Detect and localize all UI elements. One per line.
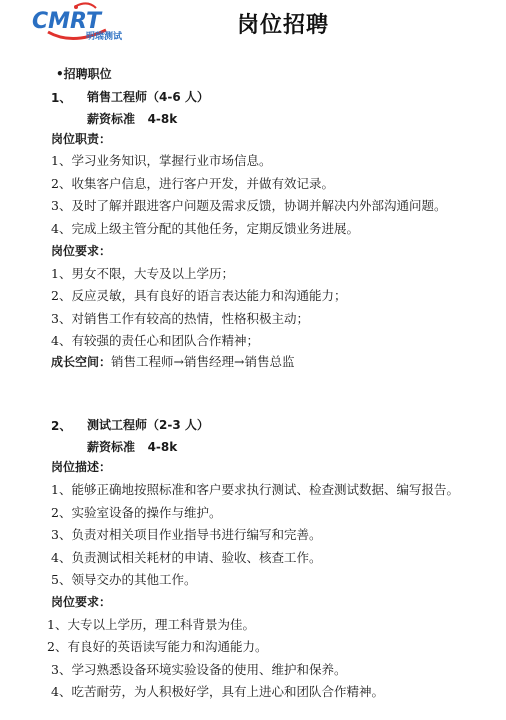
svg-text:CMRT: CMRT (32, 9, 103, 34)
position-2-duty-4: 4、负责测试相关耗材的申请、验收、核查工作。 (51, 550, 321, 566)
position-2-salary: 薪资标准 4-8k (87, 439, 177, 455)
position-1-req-1: 1、男女不限，大专及以上学历； (51, 266, 234, 282)
position-2-index: 2、 (51, 417, 71, 434)
position-1-salary: 薪资标准 4-8k (87, 111, 177, 127)
position-1-title: 销售工程师（4-6 人） (87, 89, 209, 105)
position-2-title: 测试工程师（2-3 人） (87, 417, 209, 433)
position-1-growth: 成长空间：销售工程师→销售经理→销售总监 (51, 354, 294, 370)
growth-path: 销售工程师→销售经理→销售总监 (111, 354, 294, 369)
position-2-req-1: 1、大专以上学历，理工科背景为佳。 (47, 617, 255, 633)
page-title: 岗位招聘 (237, 8, 329, 39)
position-2-duties-title: 岗位描述： (51, 459, 111, 475)
salary-value: 4-8k (148, 112, 178, 126)
company-logo: CMRT 明瑞测试 (28, 2, 132, 42)
svg-text:明瑞测试: 明瑞测试 (86, 30, 123, 42)
position-1-duties-title: 岗位职责： (51, 131, 111, 147)
growth-label: 成长空间： (51, 355, 111, 369)
position-2-duty-5: 5、领导交办的其他工作。 (51, 572, 196, 588)
position-1-req-3: 3、对销售工作有较高的热情，性格积极主动； (51, 311, 309, 327)
position-1-req-2: 2、反应灵敏，具有良好的语言表达能力和沟通能力； (51, 288, 346, 304)
position-2-req-2: 2、有良好的英语读写能力和沟通能力。 (47, 639, 267, 655)
position-2-req-4: 4、吃苦耐劳，为人积极好学，具有上进心和团队合作精神。 (51, 684, 384, 700)
section-heading: •招聘职位 (56, 66, 112, 82)
position-1-duty-4: 4、完成上级主管分配的其他任务，定期反馈业务进展。 (51, 221, 359, 237)
position-2-requirements-title: 岗位要求： (51, 594, 111, 610)
position-2-duty-1: 1、能够正确地按照标准和客户要求执行测试、检查测试数据、编写报告。 (51, 482, 459, 498)
position-1-duty-1: 1、学习业务知识，掌握行业市场信息。 (51, 153, 271, 169)
salary-value: 4-8k (148, 440, 178, 454)
position-1-duty-3: 3、及时了解并跟进客户问题及需求反馈，协调并解决内外部沟通问题。 (51, 198, 446, 214)
cmrt-logo-icon: CMRT 明瑞测试 (28, 2, 132, 42)
position-2-req-3: 3、学习熟悉设备环境实验设备的使用、维护和保养。 (51, 662, 346, 678)
position-2-duty-3: 3、负责对相关项目作业指导书进行编写和完善。 (51, 527, 321, 543)
position-2-duty-2: 2、实验室设备的操作与维护。 (51, 505, 221, 521)
salary-label: 薪资标准 (87, 112, 135, 126)
position-1-requirements-title: 岗位要求： (51, 243, 111, 259)
position-1-duty-2: 2、收集客户信息，进行客户开发，并做有效记录。 (51, 176, 334, 192)
salary-label: 薪资标准 (87, 440, 135, 454)
position-1-req-4: 4、有较强的责任心和团队合作精神； (51, 333, 259, 349)
position-1-index: 1、 (51, 89, 71, 106)
